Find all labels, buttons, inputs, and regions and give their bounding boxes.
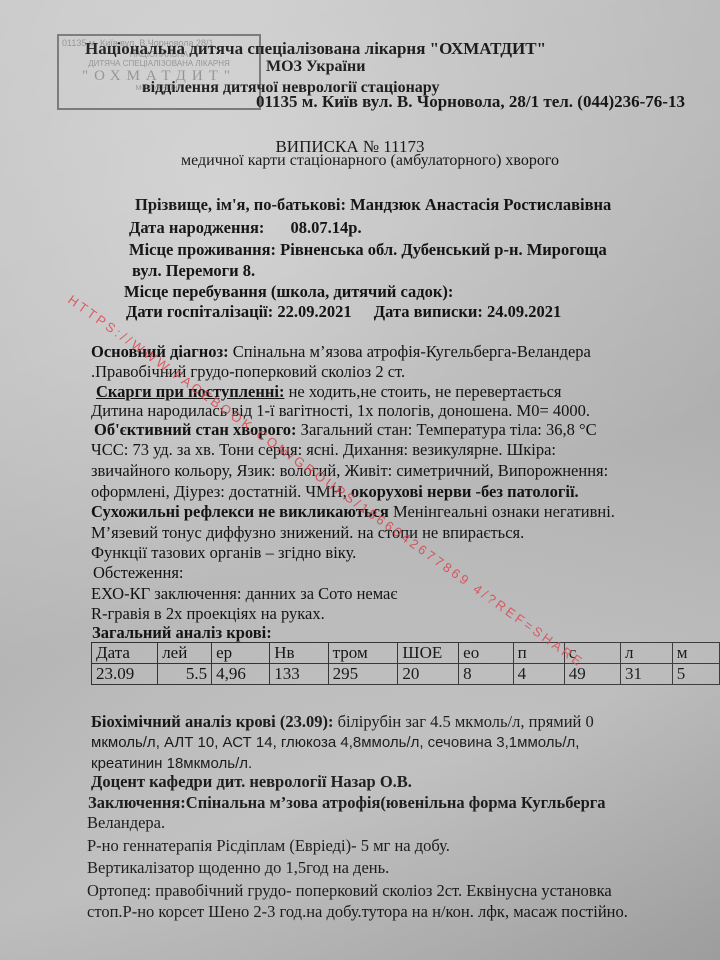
biochem-line3: креатинин 18мкмоль/л.: [91, 755, 252, 772]
consultant: Доцент кафедри дит. неврології Назар О.В…: [91, 772, 412, 792]
complaints-value: не ходить,не стоить, не перевертається: [289, 382, 562, 401]
muscle-tone: М’язевий тонус диффузно знижений. на сто…: [91, 523, 524, 543]
stamp-line2: ДИТЯЧА СПЕЦІАЛІЗОВАНА ЛІКАРНЯ: [59, 59, 259, 68]
diagnosis-cont: .Правобічний грудо-поперковий сколіоз 2 …: [91, 362, 405, 382]
biochem-value1: білірубін заг 4.5 мкмоль/л, прямий 0: [338, 712, 594, 731]
recommendation-4: стоп.Р-но корсет Шено 2-3 год.на добу.ту…: [87, 902, 628, 922]
recommendation-3: Ортопед: правобічний грудо- поперковий с…: [87, 881, 612, 901]
patient-name-value: Мандзюк Анастасія Ростиславівна: [350, 195, 611, 214]
table-cell: 295: [328, 664, 398, 685]
table-header-cell: ер: [212, 643, 270, 664]
table-cell: 4: [513, 664, 564, 685]
biochem-row: Біохімічний аналіз крові (23.09): біліру…: [91, 712, 594, 732]
table-header-cell: м: [672, 643, 719, 664]
recommendation-2: Вертикалізатор щоденно до 1,5год на день…: [87, 858, 389, 878]
table-row: 23.095.54,96133295208449315: [92, 664, 720, 685]
table-header-cell: Дата: [92, 643, 158, 664]
discharge-label: Дата виписки:: [374, 302, 483, 321]
table-cell: 4,96: [212, 664, 270, 685]
biochem-line2: мкмоль/л, АЛТ 10, АСТ 14, глюкоза 4,8ммо…: [91, 734, 579, 751]
hospitalization-label: Дати госпіталізації:: [126, 302, 273, 321]
hospital-name: Національна дитяча спеціалізована лікарн…: [85, 39, 546, 59]
table-cell: 133: [270, 664, 328, 685]
hospital-address: 01135 м. Київ вул. В. Чорновола, 28/1 те…: [256, 92, 685, 112]
table-cell: 5: [672, 664, 719, 685]
exams-label: Обстеження:: [93, 563, 184, 583]
table-cell: 8: [459, 664, 513, 685]
patient-name-label: Прізвище, ім'я, по-батькові:: [135, 195, 346, 214]
birth-history: Дитина народилась від 1-ї вагітності, 1х…: [91, 401, 590, 421]
stay-label: Місце перебування (школа, дитячий садок)…: [124, 282, 453, 302]
objective-row: Об'єктивний стан хворого: Загальний стан…: [94, 420, 597, 440]
dob-row: Дата народження: 08.07.14р.: [129, 218, 362, 238]
table-header-cell: ШОЕ: [398, 643, 459, 664]
conclusion-row: Заключення:Спінальна м’зова атрофія(ювен…: [88, 793, 606, 813]
objective-value: Загальний стан: Температура тіла: 36,8 °…: [301, 420, 597, 439]
diagnosis-value: Спінальна м’язова атрофія-Кугельберга-Ве…: [233, 342, 591, 361]
complaints-row: Скарги при поступленні: не ходить,не сто…: [96, 382, 562, 402]
table-cell: 31: [620, 664, 672, 685]
discharge-date: 24.09.2021: [487, 302, 561, 321]
biochem-label: Біохімічний аналіз крові (23.09):: [91, 712, 333, 731]
conclusion-label: Заключення:: [88, 793, 186, 812]
conclusion-value: Спінальна м’зова атрофія(ювенільна форма…: [186, 793, 606, 812]
table-header-cell: л: [620, 643, 672, 664]
reflex-label: Сухожильні рефлекси не викликаються: [91, 502, 389, 521]
residence-row: Місце проживання: Рівненська обл. Дубенс…: [129, 240, 607, 260]
table-cell: 20: [398, 664, 459, 685]
residence-value: Рівненська обл. Дубенський р-н. Мирогоща: [280, 240, 607, 259]
table-header-cell: тром: [328, 643, 398, 664]
table-header-cell: ео: [459, 643, 513, 664]
table-header-cell: лей: [158, 643, 212, 664]
document-page: 01135 м. Київ вул. В.Чорновола 28/1 НАЦІ…: [0, 0, 720, 960]
table-header-row: ДаталейерНвтромШОЕеопслм: [92, 643, 720, 664]
residence-street: вул. Перемоги 8.: [132, 261, 255, 281]
objective-line4a: оформлені, Діурез: достатній. ЧМН,: [91, 482, 351, 501]
xray-result: R-гравія в 2х проекціях на руках.: [91, 604, 325, 624]
residence-label: Місце проживання:: [129, 240, 276, 259]
table-cell: 5.5: [158, 664, 212, 685]
objective-line2: ЧСС: 73 уд. за хв. Тони серця: ясні. Дих…: [91, 440, 556, 460]
dob-value: 08.07.14р.: [291, 218, 362, 237]
dob-label: Дата народження:: [129, 218, 264, 237]
echo-result: ЕХО-КГ заключення: данних за Сото немає: [91, 584, 397, 604]
pelvic-function: Функції тазових органів – згідно віку.: [91, 543, 356, 563]
objective-line4b: окорухові нерви -без патології.: [351, 482, 579, 501]
table-header-cell: Нв: [270, 643, 328, 664]
conclusion-cont: Веландера.: [87, 813, 165, 833]
dates-row: Дати госпіталізації: 22.09.2021 Дата вип…: [126, 302, 561, 322]
blood-test-table: ДаталейерНвтромШОЕеопслм 23.095.54,96133…: [91, 642, 720, 685]
objective-line3: звичайного кольору, Язик: вологий, Живіт…: [91, 461, 608, 481]
recommendation-1: Р-но геннатерапія Рісдіплам (Евріеді)- 5…: [87, 836, 450, 856]
hospitalization-date: 22.09.2021: [277, 302, 351, 321]
blood-test-title: Загальний аналіз крові:: [92, 623, 272, 643]
table-cell: 23.09: [92, 664, 158, 685]
document-subtitle: медичної карти стаціонарного (амбулаторн…: [90, 152, 650, 170]
ministry-name: МОЗ України: [266, 58, 365, 76]
patient-name-row: Прізвище, ім'я, по-батькові: Мандзюк Ана…: [135, 195, 611, 215]
reflex-value: Менінгеальні ознаки негативні.: [389, 502, 615, 521]
